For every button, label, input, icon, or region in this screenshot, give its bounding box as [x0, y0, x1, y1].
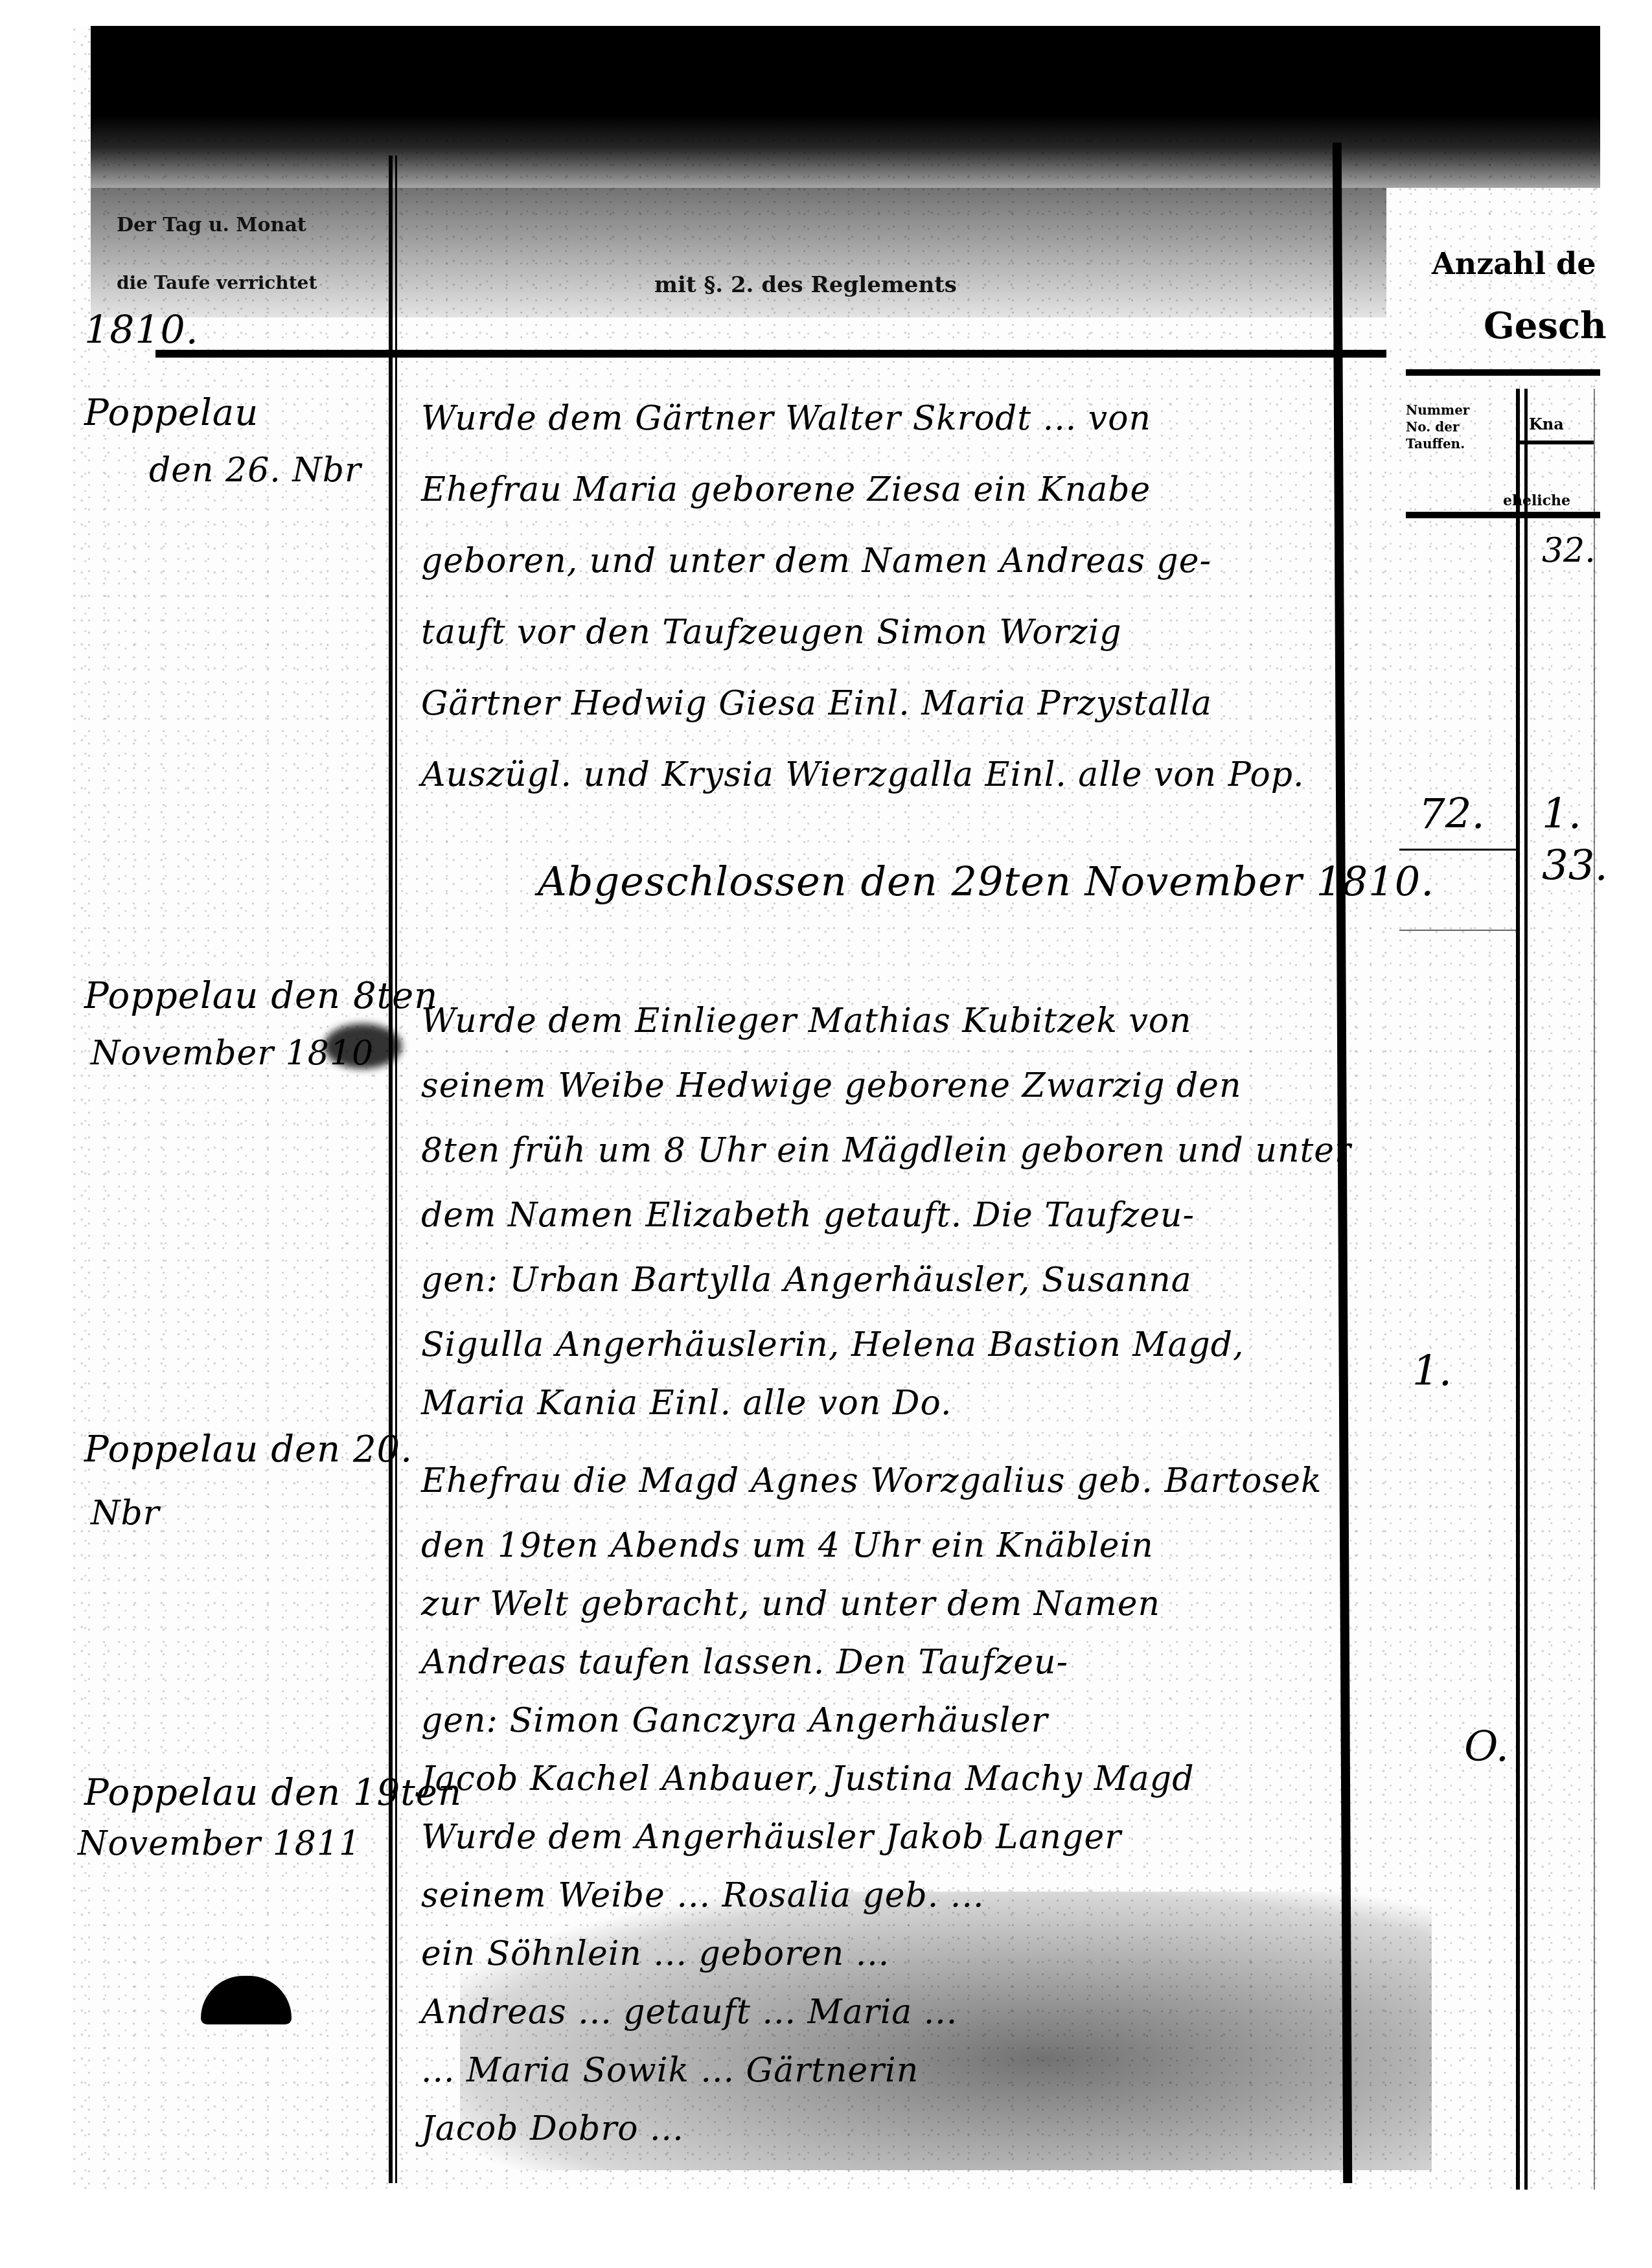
entry4-place: Poppelau den 19ten	[84, 1775, 462, 1811]
entry2-legit-count: 1.	[1412, 1347, 1452, 1395]
page-right-edge	[1594, 389, 1595, 2190]
entry1-line1: Wurde dem Gärtner Walter Skrodt ... von	[421, 402, 1151, 435]
entry4-line1: Wurde dem Angerhäusler Jakob Langer	[421, 1820, 1121, 1854]
entry4-line2: seinem Weibe ... Rosalia geb. ...	[421, 1879, 984, 1912]
entry1-date: den 26. Nbr	[149, 453, 361, 487]
entry1-number-rule	[1399, 849, 1516, 851]
header-left-line1: Der Tag u. Monat	[117, 214, 306, 236]
entry1-side-number: 32.	[1542, 531, 1596, 570]
entry4-line6: Jacob Dobro ...	[421, 2112, 684, 2146]
entry2-line3: 8ten früh um 8 Uhr ein Mägdlein geboren …	[421, 1134, 1351, 1167]
entry3-legit-count: O.	[1464, 1723, 1509, 1771]
entry3-line5: gen: Simon Ganczyra Angerhäusler	[421, 1704, 1048, 1737]
entry4-date: November 1811	[78, 1827, 361, 1861]
entry2-place: Poppelau den 8ten	[84, 978, 438, 1014]
entry2-number-rule	[1399, 930, 1516, 931]
header-col-eheliche: eheliche	[1503, 492, 1570, 509]
ink-smudge	[324, 1024, 402, 1069]
entry3-place: Poppelau den 20.	[84, 1432, 413, 1468]
header-col-kna: Kna	[1529, 415, 1564, 433]
dark-scan-header-band	[91, 26, 1600, 188]
column-rule-number	[1516, 389, 1520, 2190]
right-kna-rule	[1516, 441, 1594, 444]
entry4-line3: ein Söhnlein ... geboren ...	[421, 1937, 889, 1971]
entry1-line3: geboren, und unter dem Namen Andreas ge-	[421, 544, 1211, 578]
header-right-title-2: Gesch	[1484, 304, 1607, 347]
entry4-line5: ... Maria Sowik ... Gärtnerin	[421, 2054, 919, 2087]
entry2-line1: Wurde dem Einlieger Mathias Kubitzek von	[421, 1004, 1192, 1038]
header-right-title-1: Anzahl de	[1432, 246, 1596, 281]
header-left-line2: die Taufe verrichtet	[117, 272, 317, 293]
right-subheader-rule	[1406, 512, 1600, 518]
column-rule-left	[389, 155, 393, 2183]
entry1-line4: tauft vor den Taufzeugen Simon Worzig	[421, 615, 1122, 649]
entry1-number: 72.	[1419, 790, 1485, 838]
entry3-line2: den 19ten Abends um 4 Uhr ein Knäblein	[421, 1529, 1154, 1563]
register-page: Der Tag u. Monat die Taufe verrichtet 18…	[71, 26, 1600, 2190]
entry1-place: Poppelau	[84, 395, 258, 431]
year-label: 1810.	[84, 311, 199, 350]
entry1-line6: Auszügl. und Krysia Wierzgalla Einl. all…	[421, 758, 1305, 792]
header-col-number: Nummer No. der Tauffen.	[1406, 402, 1477, 452]
entry2-number: 33.	[1542, 842, 1608, 890]
entry2-line7: Maria Kania Einl. alle von Do.	[421, 1386, 952, 1420]
entry3-line3: zur Welt gebracht, und unter dem Namen	[421, 1587, 1160, 1621]
entry4-line4: Andreas ... getauft ... Maria ...	[421, 1995, 958, 2029]
entry1-closing: Abgeschlossen den 29ten November 1810.	[538, 862, 1434, 902]
header-underline	[155, 350, 1386, 358]
column-rule-number-double	[1524, 389, 1528, 2190]
entry3-line4: Andreas taufen lassen. Den Taufzeu-	[421, 1645, 1068, 1679]
entry1-legit-count: 1.	[1542, 790, 1581, 838]
header-middle-fragment: mit §. 2. des Reglements	[654, 272, 957, 298]
entry3-line1: Ehefrau die Magd Agnes Worzgalius geb. B…	[421, 1464, 1322, 1498]
entry1-line2: Ehefrau Maria geborene Ziesa ein Knabe	[421, 473, 1151, 507]
entry2-line5: gen: Urban Bartylla Angerhäusler, Susann…	[421, 1263, 1192, 1297]
column-rule-left-double	[395, 155, 397, 2183]
right-header-rule	[1406, 369, 1600, 376]
entry2-line4: dem Namen Elizabeth getauft. Die Taufzeu…	[421, 1198, 1195, 1232]
entry3-line6: Jacob Kachel Anbauer, Justina Machy Magd	[421, 1762, 1194, 1796]
entry1-line5: Gärtner Hedwig Giesa Einl. Maria Przysta…	[421, 687, 1212, 720]
entry2-line2: seinem Weibe Hedwige geborene Zwarzig de…	[421, 1069, 1242, 1103]
header-fade	[91, 188, 1386, 317]
entry3-date: Nbr	[91, 1496, 160, 1530]
entry2-line6: Sigulla Angerhäuslerin, Helena Bastion M…	[421, 1328, 1245, 1362]
